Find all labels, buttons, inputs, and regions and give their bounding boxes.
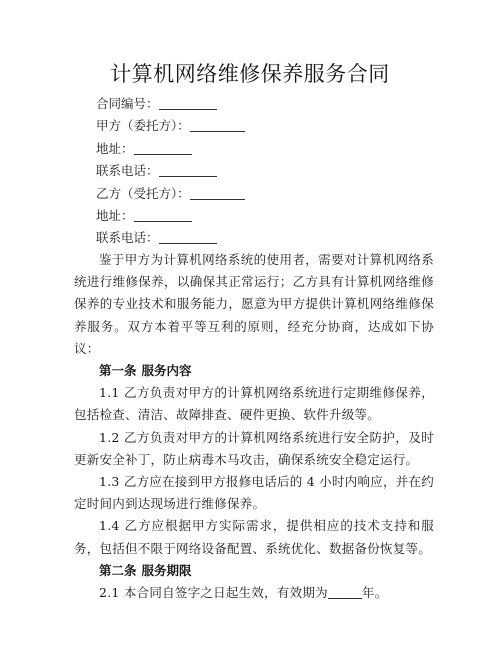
clause-2-1: 2.1 本合同自签字之日起生效，有效期为年。 xyxy=(74,582,434,604)
clause-text-suffix: 年。 xyxy=(362,585,388,600)
field-party-a: 甲方（委托方）： xyxy=(96,115,245,137)
field-party-b-phone: 联系电话： xyxy=(96,227,245,249)
field-label: 地址： xyxy=(96,208,134,223)
party-b-phone-blank[interactable] xyxy=(159,231,217,244)
field-label: 联系电话： xyxy=(96,163,159,178)
clause-1-1: 1.1 乙方负责对甲方的计算机网络系统进行定期维修保养，包括检查、清洁、故障排查… xyxy=(74,382,434,426)
section-title: 服务期限 xyxy=(142,563,192,578)
field-label: 乙方（受托方）： xyxy=(96,186,190,201)
party-info-fields: 合同编号： 甲方（委托方）： 地址： 联系电话： 乙方（受托方）： 地址： 联系… xyxy=(96,93,245,250)
party-b-address-blank[interactable] xyxy=(134,209,192,222)
field-label: 甲方（委托方）： xyxy=(96,118,190,133)
field-label: 地址： xyxy=(96,141,134,156)
section-number: 第一条 xyxy=(99,363,137,378)
section-number: 第二条 xyxy=(99,563,137,578)
field-label: 联系电话： xyxy=(96,230,159,245)
party-b-blank[interactable] xyxy=(190,187,245,200)
contract-number-blank[interactable] xyxy=(159,97,217,110)
party-a-address-blank[interactable] xyxy=(134,142,192,155)
contract-body: 鉴于甲方为计算机网络系统的使用者，需要对计算机网络系统进行维修保养，以确保其正常… xyxy=(74,249,434,604)
field-party-a-address: 地址： xyxy=(96,138,245,160)
section-2-heading: 第二条服务期限 xyxy=(74,560,434,582)
field-contract-number: 合同编号： xyxy=(96,93,245,115)
field-party-b-address: 地址： xyxy=(96,205,245,227)
party-a-blank[interactable] xyxy=(190,119,245,132)
field-party-b: 乙方（受托方）： xyxy=(96,183,245,205)
preamble-paragraph: 鉴于甲方为计算机网络系统的使用者，需要对计算机网络系统进行维修保养，以确保其正常… xyxy=(74,249,434,360)
document-page: 计算机网络维修保养服务合同 合同编号： 甲方（委托方）： 地址： 联系电话： 乙… xyxy=(0,0,500,647)
clause-1-4: 1.4 乙方应根据甲方实际需求，提供相应的技术支持和服务，包括但不限于网络设备配… xyxy=(74,515,434,559)
field-party-a-phone: 联系电话： xyxy=(96,160,245,182)
section-title: 服务内容 xyxy=(142,363,192,378)
field-label: 合同编号： xyxy=(96,96,159,111)
clause-text: 2.1 本合同自签字之日起生效，有效期为 xyxy=(99,585,328,600)
document-title: 计算机网络维修保养服务合同 xyxy=(0,58,500,88)
validity-years-blank[interactable] xyxy=(328,586,362,599)
clause-1-3: 1.3 乙方应在接到甲方报修电话后的 4 小时内响应，并在约定时间内到达现场进行… xyxy=(74,471,434,515)
clause-1-2: 1.2 乙方负责对甲方的计算机网络系统进行安全防护，及时更新安全补丁，防止病毒木… xyxy=(74,427,434,471)
section-1-heading: 第一条服务内容 xyxy=(74,360,434,382)
party-a-phone-blank[interactable] xyxy=(159,164,217,177)
